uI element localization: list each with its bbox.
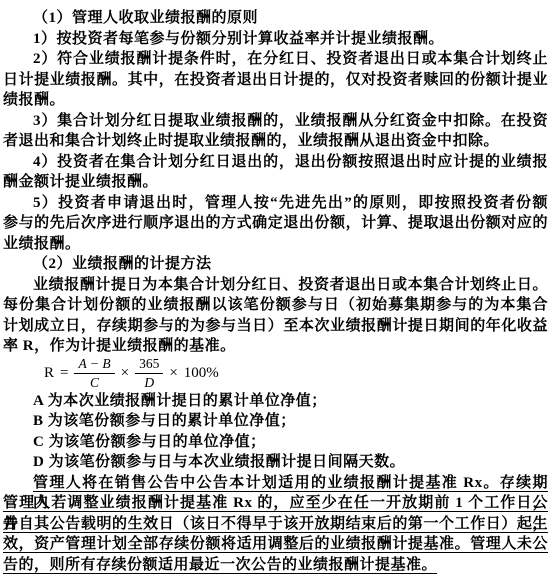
formula-equals-sign: = xyxy=(60,365,68,382)
text-line: 酬金额计提业绩报酬。 xyxy=(3,172,548,193)
text-line: 5）投资者申请退出时，管理人按“先进先出”的原则，即按照投资者份额 xyxy=(3,193,548,214)
text-line: 参与的先后次序进行顺序退出的方式确定退出份额，计算、提取退出份额对应的 xyxy=(3,213,548,234)
underlined-text-line: 管理人若调整业绩报酬计提基准 Rx 的，应至少在任一开放期前 1 个工作日公告， xyxy=(3,493,548,514)
text-line: 率 R，作为计提业绩报酬的基准。 xyxy=(3,336,548,357)
multiply-sign: × xyxy=(169,365,177,382)
underlined-text-line: 并自其公告载明的生效日（该日不得早于该开放期结束后的第一个工作日）起生 xyxy=(3,514,548,535)
fraction-numerator: 365 xyxy=(135,356,163,374)
fraction-a-minus-b-over-c: A − BC xyxy=(74,356,114,390)
underlined-text-line: 效，资产管理计划全部存续份额将适用调整后的业绩报酬计提基准。管理人未公 xyxy=(3,534,548,555)
fraction-denominator: C xyxy=(90,374,99,391)
text-line: 3）集合计划分红日提取业绩报酬的，业绩报酬从分红资金中扣除。在投资 xyxy=(3,111,548,132)
formula-lhs: R xyxy=(44,365,54,382)
fraction-numerator: A − B xyxy=(74,356,114,374)
text-line: 4）投资者在集合计划分红日退出的，退出份额按照退出时应计提的业绩报 xyxy=(3,152,548,173)
text-line: D 为该笔份额参与日与本次业绩报酬计提日间隔天数。 xyxy=(3,452,548,473)
text-line: 2）符合业绩报酬计提条件时，在分红日、投资者退出日或本集合计划终止 xyxy=(3,49,548,70)
document-body: （1）管理人收取业绩报酬的原则1）按投资者每笔参与份额分别计算收益率并计提业绩报… xyxy=(0,0,557,574)
underlined-text-line: 管理人将在销售公告中公告本计划适用的业绩报酬计提基准 Rx。存续期内， xyxy=(3,473,548,494)
multiply-sign: × xyxy=(121,365,129,382)
fraction-denominator: D xyxy=(144,374,154,391)
text-line: 每份集合计划份额的业绩报酬以该笔份额参与日（初始募集期参与的为本集合 xyxy=(3,295,548,316)
text-line: A 为本次业绩报酬计提日的累计单位净值； xyxy=(3,391,548,412)
fraction-365-over-d: 365D xyxy=(135,356,163,390)
text-line: 者退出和集合计划终止时提取业绩报酬的，业绩报酬从退出资金中扣除。 xyxy=(3,131,548,152)
text-line: 业绩报酬。 xyxy=(3,234,548,255)
text-line: 1）按投资者每笔参与份额分别计算收益率并计提业绩报酬。 xyxy=(3,29,548,50)
text-line: 业绩报酬计提日为本集合计划分红日、投资者退出日或本集合计划终止日。 xyxy=(3,275,548,296)
formula-percent: 100% xyxy=(184,365,219,382)
text-line: 计划成立日，存续期参与的为参与当日）至本次业绩报酬计提日期间的年化收益 xyxy=(3,316,548,337)
text-line: 绩报酬。 xyxy=(3,90,548,111)
text-line: C 为该笔份额参与日的单位净值； xyxy=(3,432,548,453)
underlined-text-line: 告的，则所有存续份额适用最近一次公告的业绩报酬计提基准。 xyxy=(3,555,548,574)
performance-fee-formula: R=A − BC×365D×100% xyxy=(3,357,548,391)
text-line: （2）业绩报酬的计提方法 xyxy=(3,254,548,275)
text-line: 日计提业绩报酬。其中，在投资者退出日计提的，仅对投资者赎回的份额计提业 xyxy=(3,70,548,91)
text-line: B 为该笔份额参与日的累计单位净值； xyxy=(3,411,548,432)
text-line: （1）管理人收取业绩报酬的原则 xyxy=(3,8,548,29)
